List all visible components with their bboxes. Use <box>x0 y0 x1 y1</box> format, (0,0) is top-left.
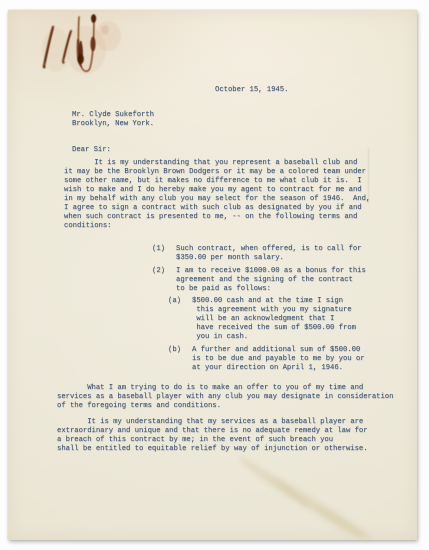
body-paragraph-2: What I am trying to do is to make an off… <box>57 384 393 411</box>
term-text: Such contract, when offered, is to call … <box>176 245 361 263</box>
term-item-2: (2) I am to receive $1000.00 as a bonus … <box>152 267 366 294</box>
term-number: (2) <box>152 267 176 294</box>
subterm-item-a: (a) $500.00 cash and at the time I sign … <box>168 297 356 342</box>
faint-stain <box>310 501 376 545</box>
subterm-item-b: (b) A further and additional sum of $500… <box>168 346 365 373</box>
body-paragraph-1: It is my understanding that you represen… <box>64 159 370 231</box>
recipient-name: Mr. Clyde Sukeforth <box>72 111 154 119</box>
term-text: I am to receive $1000.00 as a bonus for … <box>176 267 366 294</box>
term-number: (1) <box>152 245 176 263</box>
subterm-text: $500.00 cash and at the time I sign this… <box>192 297 356 342</box>
letter-paper: October 15, 1945. Mr. Clyde Sukeforth Br… <box>8 10 417 540</box>
recipient-address: Mr. Clyde Sukeforth Brooklyn, New York. <box>72 111 154 129</box>
date-line: October 15, 1945. <box>215 86 288 95</box>
subterm-text: A further and additional sum of $500.00 … <box>192 346 365 373</box>
rust-stain-marks <box>8 10 138 90</box>
crease-mark <box>368 148 369 204</box>
scan-background: October 15, 1945. Mr. Clyde Sukeforth Br… <box>0 0 429 550</box>
term-item-1: (1) Such contract, when offered, is to c… <box>152 245 361 263</box>
subterm-number: (b) <box>168 346 192 373</box>
subterm-number: (a) <box>168 297 192 342</box>
body-paragraph-3: It is my understanding that my services … <box>57 418 368 454</box>
salutation-line: Dear Sir: <box>72 146 111 155</box>
recipient-city: Brooklyn, New York. <box>72 120 154 128</box>
